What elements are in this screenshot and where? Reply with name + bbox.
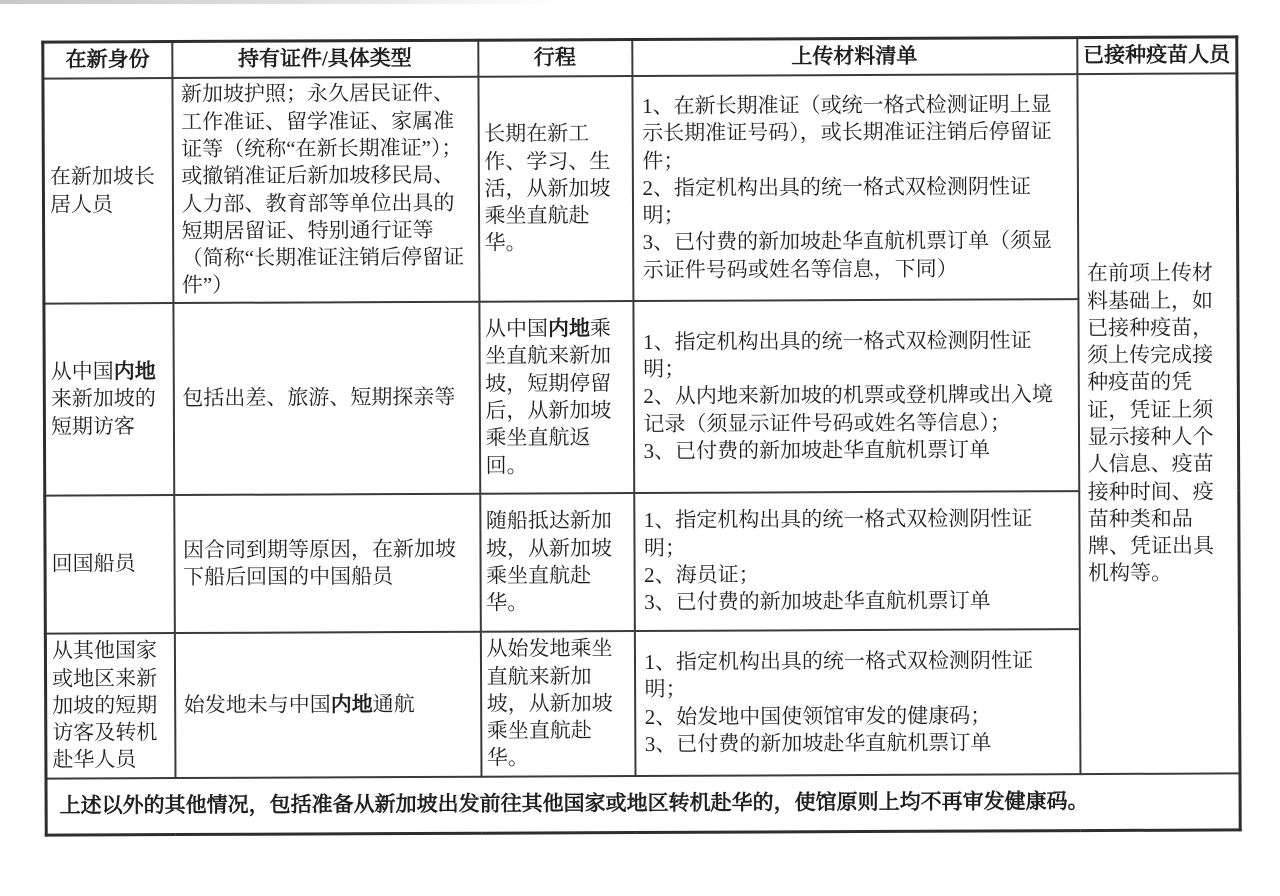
- cell-identity: 从中国内地来新加坡的短期访客: [44, 303, 174, 496]
- col-header-itinerary: 行程: [478, 40, 632, 77]
- row-singapore-residents: 在新加坡长居人员 新加坡护照；永久居民证件、工作准证、留学准证、家属准证等（统称…: [43, 73, 1238, 303]
- entry-requirements-table: 在新身份 持有证件/具体类型 行程 上传材料清单 已接种疫苗人员 在新加坡长居人…: [41, 35, 1241, 836]
- material-item: 2、指定机构出具的统一格式双检测阴性证明；: [642, 173, 1068, 229]
- text-run: 在新加坡长居人员: [50, 164, 155, 216]
- material-item: 2、海员证；: [644, 560, 1070, 589]
- material-item: 1、指定机构出具的统一格式双检测阴性证明；: [643, 327, 1069, 383]
- table-container: 在新身份 持有证件/具体类型 行程 上传材料清单 已接种疫苗人员 在新加坡长居人…: [41, 35, 1241, 836]
- text-run: 新加坡护照；永久居民证件、工作准证、留学准证、家属准证等（统称“在新长期准证”）…: [181, 81, 464, 297]
- text-run: 从其他国家或地区来新加坡的短期访客及转机赴华人员: [52, 638, 157, 772]
- text-run: 随船抵达新加坡，从新加坡乘坐直航赴华。: [486, 509, 612, 615]
- text-run: 从中国: [51, 359, 114, 383]
- cell-materials: 1、指定机构出具的统一格式双检测阴性证明；2、从内地来新加坡的机票或登机牌或出入…: [633, 299, 1079, 493]
- material-item: 3、已付费的新加坡赴华直航机票订单: [644, 436, 1070, 465]
- cell-itinerary: 从始发地乘坐直航来新加坡，从新加坡乘坐直航赴华。: [480, 631, 635, 777]
- text-run: 因合同到期等原因，在新加坡下船后回国的中国船员: [183, 537, 456, 589]
- cell-itinerary: 从中国内地乘坐直航来新加坡，短期停留后，从新加坡乘坐直航返回。: [479, 301, 634, 494]
- material-item: 3、已付费的新加坡赴华直航机票订单（须显示证件号码或姓名等信息，下同）: [643, 228, 1069, 284]
- footer-row: 上述以外的其他情况，包括准备从新加坡出发前往其他国家或地区转机赴华的，使馆原则上…: [46, 773, 1240, 834]
- text-run: 内地: [548, 316, 590, 340]
- col-header-identity: 在新身份: [43, 42, 172, 79]
- row-transit-visitors: 从其他国家或地区来新加坡的短期访客及转机赴华人员 始发地未与中国内地通航 从始发…: [45, 628, 1240, 778]
- text-run: 回国船员: [52, 552, 136, 576]
- cell-documents: 包括出差、旅游、短期探亲等: [173, 302, 480, 495]
- cell-itinerary: 长期在新工作、学习、生活，从新加坡乘坐直航赴华。: [478, 76, 633, 302]
- text-run: 内地: [114, 359, 156, 383]
- material-item: 3、已付费的新加坡赴华直航机票订单: [645, 729, 1071, 758]
- cell-identity: 在新加坡长居人员: [43, 78, 173, 304]
- cell-materials: 1、指定机构出具的统一格式双检测阴性证明；2、始发地中国使领馆审发的健康码；3、…: [634, 629, 1080, 776]
- material-item: 3、已付费的新加坡赴华直航机票订单: [644, 587, 1070, 616]
- cell-materials: 1、指定机构出具的统一格式双检测阴性证明；2、海员证；3、已付费的新加坡赴华直航…: [634, 491, 1080, 631]
- row-mainland-visitors: 从中国内地来新加坡的短期访客 包括出差、旅游、短期探亲等 从中国内地乘坐直航来新…: [44, 298, 1239, 495]
- scanned-document-page: 在新身份 持有证件/具体类型 行程 上传材料清单 已接种疫苗人员 在新加坡长居人…: [0, 0, 1280, 896]
- material-item: 2、始发地中国使领馆审发的健康码；: [645, 702, 1071, 731]
- scan-edge-artifact: [0, 0, 560, 4]
- text-run: 长期在新工作、学习、生活，从新加坡乘坐直航赴华。: [484, 121, 610, 255]
- col-header-documents: 持有证件/具体类型: [172, 40, 478, 78]
- cell-documents: 因合同到期等原因，在新加坡下船后回国的中国船员: [174, 494, 481, 633]
- col-header-vaccinated: 已接种疫苗人员: [1077, 37, 1237, 74]
- row-returning-seamen: 回国船员 因合同到期等原因，在新加坡下船后回国的中国船员 随船抵达新加坡，从新加…: [45, 490, 1240, 633]
- text-run: 从中国: [485, 317, 548, 341]
- text-run: 来新加坡的短期访客: [51, 386, 156, 438]
- material-item: 2、从内地来新加坡的机票或登机牌或出入境记录（须显示证件号码或姓名等信息）；: [643, 381, 1069, 437]
- cell-documents: 新加坡护照；永久居民证件、工作准证、留学准证、家属准证等（统称“在新长期准证”）…: [172, 77, 479, 303]
- cell-itinerary: 随船抵达新加坡，从新加坡乘坐直航赴华。: [480, 493, 635, 632]
- text-run: 内地: [331, 692, 373, 716]
- cell-materials: 1、在新长期准证（或统一格式检测证明上显示长期准证号码），或长期准证注销后停留证…: [632, 74, 1078, 301]
- material-item: 1、指定机构出具的统一格式双检测阴性证明；: [644, 506, 1070, 562]
- cell-identity: 从其他国家或地区来新加坡的短期访客及转机赴华人员: [45, 633, 175, 779]
- cell-vaccinated-note: 在前项上传材料基础上，如已接种疫苗，须上传完成接种疫苗的凭证，凭证上须显示接种人…: [1077, 73, 1240, 774]
- col-header-materials: 上传材料清单: [632, 38, 1077, 76]
- text-run: 通航: [373, 692, 415, 716]
- text-run: 从始发地乘坐直航来新加坡，从新加坡乘坐直航赴华。: [486, 636, 612, 770]
- material-item: 1、在新长期准证（或统一格式检测证明上显示长期准证号码），或长期准证注销后停留证…: [642, 91, 1068, 175]
- cell-footer-note: 上述以外的其他情况，包括准备从新加坡出发前往其他国家或地区转机赴华的，使馆原则上…: [46, 773, 1240, 834]
- text-run: 始发地未与中国: [184, 692, 331, 717]
- cell-documents: 始发地未与中国内地通航: [174, 632, 481, 778]
- material-item: 1、指定机构出具的统一格式双检测阴性证明；: [644, 647, 1070, 703]
- text-run: 包括出差、旅游、短期探亲等: [182, 385, 455, 410]
- cell-identity: 回国船员: [45, 495, 175, 634]
- header-row: 在新身份 持有证件/具体类型 行程 上传材料清单 已接种疫苗人员: [43, 37, 1237, 79]
